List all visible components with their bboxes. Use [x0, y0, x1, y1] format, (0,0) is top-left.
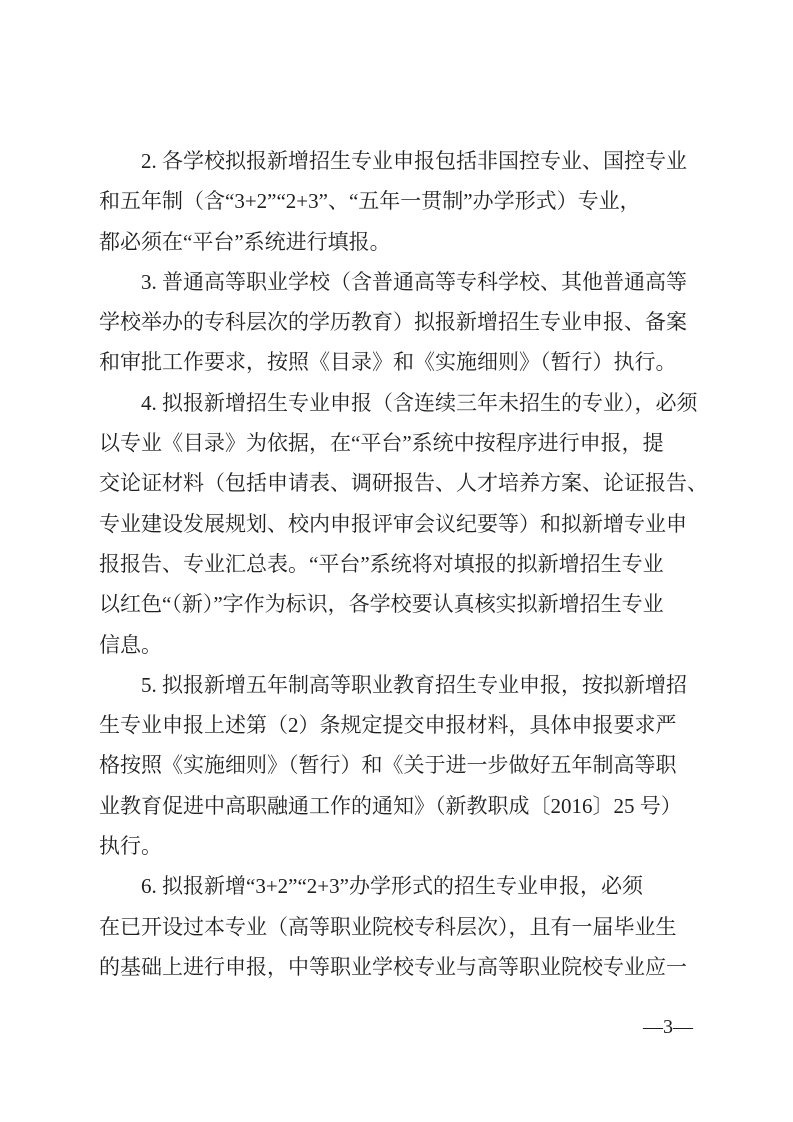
text-line: 4. 拟报新增招生专业申报（含连续三年未招生的专业），必须 [99, 383, 691, 423]
text-line: 信息。 [99, 625, 691, 665]
text-line: 业教育促进中高职融通工作的通知》（新教职成〔2016〕25 号） [99, 786, 691, 826]
paragraph-3: 3. 普通高等职业学校（含普通高等专科学校、其他普通高等学校举办的专科层次的学历… [99, 262, 691, 383]
text-line: 格按照《实施细则》（暂行）和《关于进一步做好五年制高等职 [99, 745, 691, 785]
text-line: 6. 拟报新增“3+2”“2+3”办学形式的招生专业申报，必须 [99, 866, 691, 906]
text-line: 专业建设发展规划、校内申报评审会议纪要等）和拟新增专业申 [99, 504, 691, 544]
text-line: 2. 各学校拟报新增招生专业申报包括非国控专业、国控专业 [99, 141, 691, 181]
document-page: 2. 各学校拟报新增招生专业申报包括非国控专业、国控专业和五年制（含“3+2”“… [0, 0, 793, 1122]
text-line: 生专业申报上述第（2）条规定提交申报材料，具体申报要求严 [99, 705, 691, 745]
document-body: 2. 各学校拟报新增招生专业申报包括非国控专业、国控专业和五年制（含“3+2”“… [99, 141, 691, 987]
text-line: 在已开设过本专业（高等职业院校专科层次），且有一届毕业生 [99, 907, 691, 947]
paragraph-2: 2. 各学校拟报新增招生专业申报包括非国控专业、国控专业和五年制（含“3+2”“… [99, 141, 691, 262]
paragraph-6: 6. 拟报新增“3+2”“2+3”办学形式的招生专业申报，必须在已开设过本专业（… [99, 866, 691, 987]
text-line: 5. 拟报新增五年制高等职业教育招生专业申报，按拟新增招 [99, 665, 691, 705]
text-line: 报报告、专业汇总表。“平台”系统将对填报的拟新增招生专业 [99, 544, 691, 584]
text-line: 交论证材料（包括申请表、调研报告、人才培养方案、论证报告、 [99, 463, 691, 503]
paragraph-4: 4. 拟报新增招生专业申报（含连续三年未招生的专业），必须以专业《目录》为依据，… [99, 383, 691, 665]
text-line: 3. 普通高等职业学校（含普通高等专科学校、其他普通高等 [99, 262, 691, 302]
text-line: 以红色“（新）”字作为标识，各学校要认真核实拟新增招生专业 [99, 584, 691, 624]
text-line: 和五年制（含“3+2”“2+3”、“五年一贯制”办学形式）专业， [99, 181, 691, 221]
text-line: 学校举办的专科层次的学历教育）拟报新增招生专业申报、备案 [99, 302, 691, 342]
text-line: 执行。 [99, 826, 691, 866]
text-line: 都必须在“平台”系统进行填报。 [99, 222, 691, 262]
paragraph-5: 5. 拟报新增五年制高等职业教育招生专业申报，按拟新增招生专业申报上述第（2）条… [99, 665, 691, 866]
text-line: 的基础上进行申报，中等职业学校专业与高等职业院校专业应一 [99, 947, 691, 987]
page-number: —3— [643, 1016, 693, 1038]
text-line: 和审批工作要求，按照《目录》和《实施细则》（暂行）执行。 [99, 342, 691, 382]
text-line: 以专业《目录》为依据，在“平台”系统中按程序进行申报，提 [99, 423, 691, 463]
